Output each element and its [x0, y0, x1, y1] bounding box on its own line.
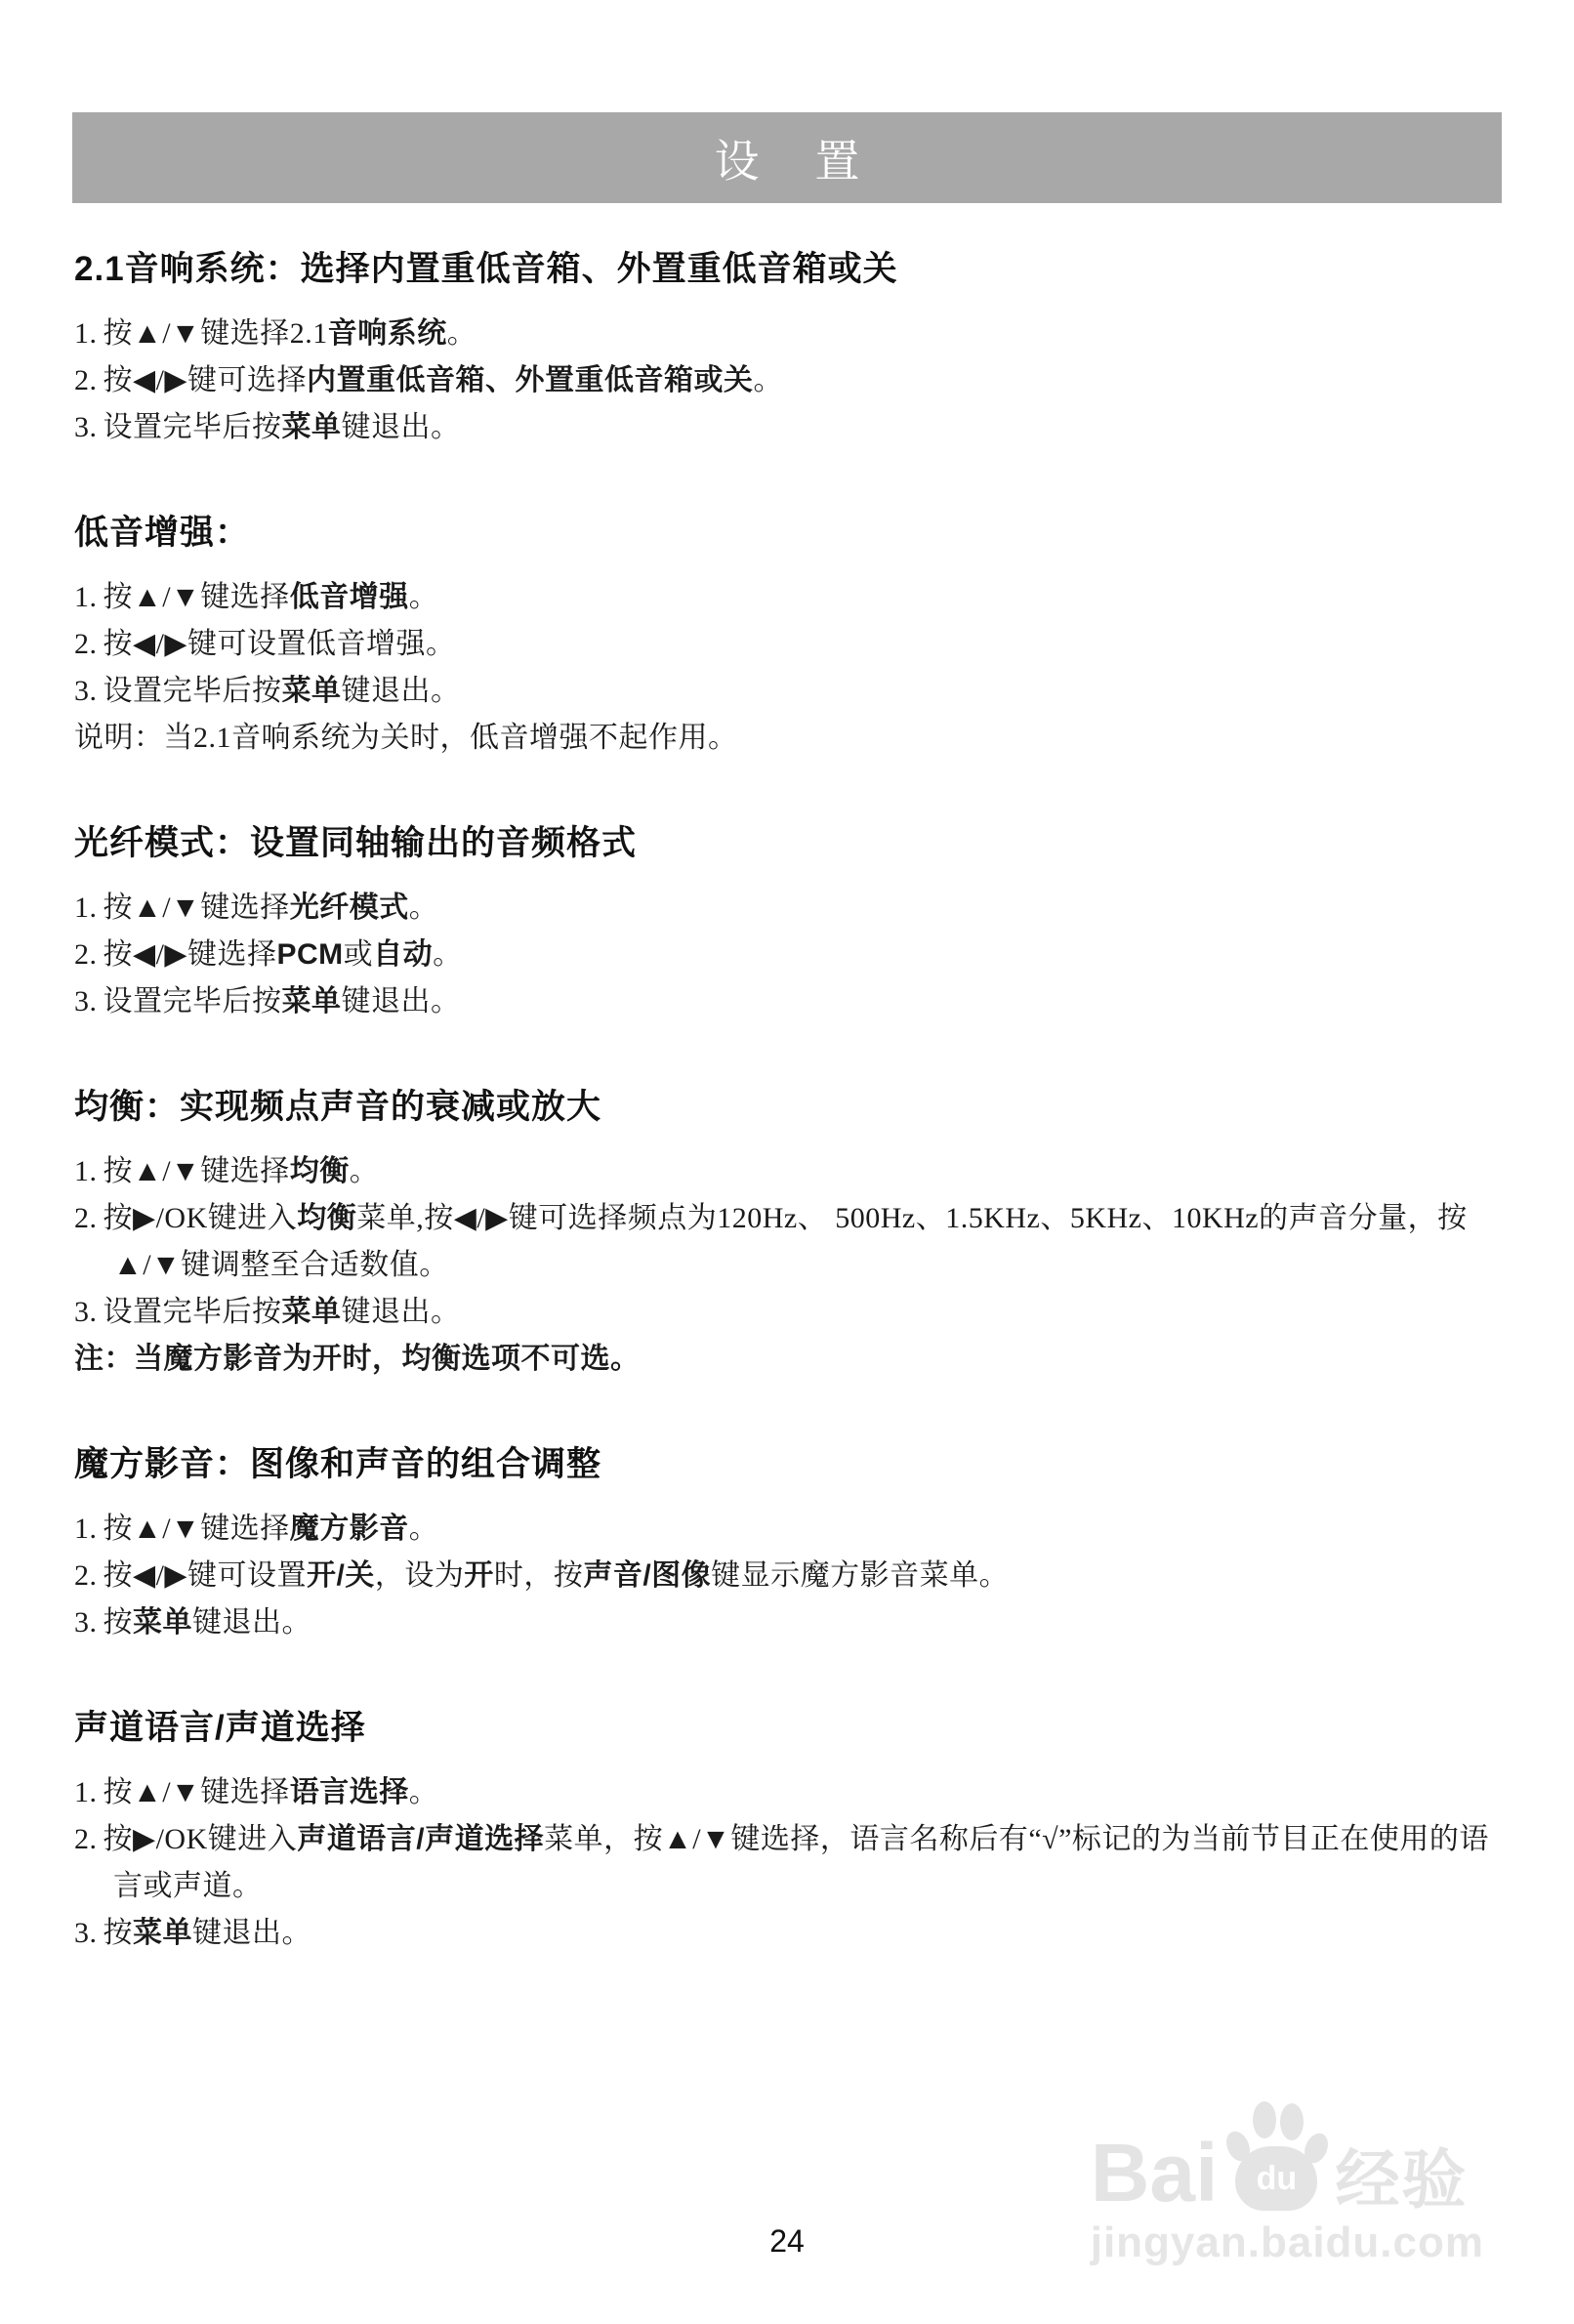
item-number: 3. [74, 1296, 98, 1328]
watermark-bai-text: Bai [1091, 2137, 1219, 2211]
item-number: 2. [74, 1559, 98, 1592]
text-segment: 时，按 [494, 1559, 584, 1592]
list-item: 1.按▲/▼键选择2.1音响系统。 [74, 311, 1502, 357]
item-number: 2. [74, 628, 98, 660]
list-item: 3.按菜单键退出。 [74, 1599, 1502, 1646]
text-segment: 语言选择 [290, 1776, 409, 1808]
text-segment: 菜单 [282, 675, 342, 707]
text-segment: 音响系统 [328, 317, 447, 350]
text-segment: 按▶/OK键进入 [104, 1202, 298, 1234]
list-item: 2.按▶/OK键进入均衡菜单,按◀/▶键可选择频点为120Hz、 500Hz、1… [74, 1195, 1502, 1289]
text-segment: 按 [104, 1917, 134, 1949]
text-segment: 。 [409, 1513, 439, 1545]
text-segment: 低音增强 [290, 581, 409, 613]
section-title: 魔方影音：图像和声音的组合调整 [74, 1437, 1502, 1486]
item-number: 1. [74, 1155, 98, 1187]
item-number: 3. [74, 1917, 98, 1949]
text-segment: 菜单 [282, 1296, 342, 1328]
text-segment: 开 [464, 1559, 494, 1592]
section-title: 光纤模式：设置同轴输出的音频格式 [74, 816, 1502, 865]
text-segment: 按▲/▼键选择2.1 [104, 317, 328, 350]
page-title: 设 置 [693, 126, 882, 190]
text-segment: 魔方影音 [290, 1513, 409, 1545]
item-number: 3. [74, 675, 98, 707]
text-segment: 设置完毕后按 [104, 675, 282, 707]
text-segment: 按◀/▶键可设置 [104, 1559, 307, 1592]
list-item: 1.按▲/▼键选择均衡。 [74, 1148, 1502, 1195]
list-item: 2.按▶/OK键进入声道语言/声道选择菜单，按▲/▼键选择，语言名称后有“√”标… [74, 1816, 1502, 1910]
text-segment: 。 [350, 1155, 380, 1187]
section-optical-mode: 光纤模式：设置同轴输出的音频格式1.按▲/▼键选择光纤模式。2.按◀/▶键选择P… [74, 816, 1502, 1025]
item-number: 2. [74, 1823, 98, 1855]
section-title: 声道语言/声道选择 [74, 1701, 1502, 1750]
item-number: 1. [74, 892, 98, 924]
item-number: 1. [74, 1776, 98, 1808]
list-item: 2.按◀/▶键选择PCM或自动。 [74, 932, 1502, 978]
text-segment: 键退出。 [192, 1606, 311, 1639]
paw-toe-icon [1253, 2101, 1276, 2138]
section-title: 低音增强： [74, 506, 1502, 555]
text-segment: 均衡 [290, 1155, 350, 1187]
text-segment: 设置完毕后按 [104, 411, 282, 443]
text-segment: 菜单 [133, 1917, 192, 1949]
section-title: 2.1音响系统：选择内置重低音箱、外置重低音箱或关 [74, 242, 1502, 291]
section-audio-language: 声道语言/声道选择1.按▲/▼键选择语言选择。2.按▶/OK键进入声道语言/声道… [74, 1701, 1502, 1957]
watermark-logo: Bai du 经验 [1091, 2101, 1484, 2211]
document-body: 2.1音响系统：选择内置重低音箱、外置重低音箱或关1.按▲/▼键选择2.1音响系… [74, 242, 1502, 1957]
section-title: 均衡：实现频点声音的衰减或放大 [74, 1080, 1502, 1129]
watermark-du-text: du [1257, 2160, 1298, 2198]
text-segment: 按 [104, 1606, 134, 1639]
note-line: 说明：当2.1音响系统为关时，低音增强不起作用。 [74, 715, 1502, 762]
text-segment: PCM [276, 938, 343, 971]
section-equalizer: 均衡：实现频点声音的衰减或放大1.按▲/▼键选择均衡。2.按▶/OK键进入均衡菜… [74, 1080, 1502, 1383]
text-segment: 键退出。 [342, 411, 461, 443]
list-item: 3.设置完毕后按菜单键退出。 [74, 1289, 1502, 1336]
text-segment: ，设为 [375, 1559, 465, 1592]
text-segment: 声音/图像 [583, 1559, 711, 1592]
text-segment: 设置完毕后按 [104, 1296, 282, 1328]
text-segment: 按▲/▼键选择 [104, 1513, 290, 1545]
baidu-paw-icon: du [1225, 2101, 1327, 2211]
list-item: 2.按◀/▶键可选择内置重低音箱、外置重低音箱或关。 [74, 357, 1502, 404]
text-segment: 按▲/▼键选择 [104, 892, 290, 924]
text-segment: 均衡 [297, 1202, 356, 1234]
text-segment: 注：当魔方影音为开时，均衡选项不可选。 [74, 1343, 641, 1375]
item-number: 1. [74, 581, 98, 613]
item-number: 3. [74, 1606, 98, 1639]
text-segment: 说明：当2.1音响系统为关时，低音增强不起作用。 [74, 722, 738, 754]
item-number: 3. [74, 411, 98, 443]
header-bar: 设 置 [72, 112, 1502, 203]
list-item: 3.设置完毕后按菜单键退出。 [74, 404, 1502, 451]
text-segment: 键退出。 [342, 985, 461, 1017]
text-segment: 按◀/▶键可选择 [104, 364, 307, 396]
text-segment: 。 [433, 938, 463, 971]
text-segment: 设置完毕后按 [104, 985, 282, 1017]
text-segment: 自动 [373, 938, 433, 971]
text-segment: 键退出。 [342, 1296, 461, 1328]
text-segment: 开/关 [307, 1559, 375, 1592]
paw-pad-icon: du [1235, 2146, 1317, 2211]
item-number: 3. [74, 985, 98, 1017]
section-bass-boost: 低音增强：1.按▲/▼键选择低音增强。2.按◀/▶键可设置低音增强。3.设置完毕… [74, 506, 1502, 762]
text-segment: 声道语言/声道选择 [297, 1823, 544, 1855]
manual-page: 设 置 2.1音响系统：选择内置重低音箱、外置重低音箱或关1.按▲/▼键选择2.… [0, 0, 1574, 2324]
text-segment: 。 [409, 581, 439, 613]
text-segment: 键退出。 [342, 675, 461, 707]
watermark-url: jingyan.baidu.com [1091, 2219, 1484, 2267]
text-segment: 。 [447, 317, 477, 350]
text-segment: 或 [344, 938, 374, 971]
section-sound-system: 2.1音响系统：选择内置重低音箱、外置重低音箱或关1.按▲/▼键选择2.1音响系… [74, 242, 1502, 451]
text-segment: 菜单 [282, 985, 342, 1017]
text-segment: 按◀/▶键可设置低音增强。 [104, 628, 456, 660]
text-segment: 按▶/OK键进入 [104, 1823, 298, 1855]
text-segment: 。 [753, 364, 783, 396]
watermark: Bai du 经验 jingyan.baidu.com [1091, 2101, 1484, 2267]
list-item: 1.按▲/▼键选择语言选择。 [74, 1769, 1502, 1816]
item-number: 1. [74, 317, 98, 350]
list-item: 2.按◀/▶键可设置低音增强。 [74, 621, 1502, 668]
text-segment: 按◀/▶键选择 [104, 938, 277, 971]
item-number: 2. [74, 364, 98, 396]
text-segment: 光纤模式 [290, 892, 409, 924]
section-magic-av: 魔方影音：图像和声音的组合调整1.按▲/▼键选择魔方影音。2.按◀/▶键可设置开… [74, 1437, 1502, 1646]
list-item: 3.设置完毕后按菜单键退出。 [74, 978, 1502, 1025]
text-segment: 菜单 [133, 1606, 192, 1639]
text-segment: 按▲/▼键选择 [104, 1776, 290, 1808]
text-segment: 内置重低音箱、外置重低音箱或关 [307, 364, 754, 396]
text-segment: 键显示魔方影音菜单。 [711, 1559, 1009, 1592]
text-segment: 菜单 [282, 411, 342, 443]
list-item: 3.按菜单键退出。 [74, 1910, 1502, 1957]
list-item: 3.设置完毕后按菜单键退出。 [74, 668, 1502, 715]
text-segment: 键退出。 [192, 1917, 311, 1949]
item-number: 2. [74, 938, 98, 971]
list-item: 1.按▲/▼键选择魔方影音。 [74, 1506, 1502, 1553]
text-segment: 按▲/▼键选择 [104, 1155, 290, 1187]
text-segment: 。 [409, 1776, 439, 1808]
list-item: 2.按◀/▶键可设置开/关，设为开时，按声音/图像键显示魔方影音菜单。 [74, 1553, 1502, 1599]
paw-toe-icon [1280, 2103, 1304, 2140]
text-segment: 按▲/▼键选择 [104, 581, 290, 613]
text-segment: 。 [409, 892, 439, 924]
note-line: 注：当魔方影音为开时，均衡选项不可选。 [74, 1336, 1502, 1383]
list-item: 1.按▲/▼键选择低音增强。 [74, 574, 1502, 621]
item-number: 1. [74, 1513, 98, 1545]
item-number: 2. [74, 1202, 98, 1234]
watermark-jingyan-text: 经验 [1335, 2149, 1468, 2211]
list-item: 1.按▲/▼键选择光纤模式。 [74, 885, 1502, 932]
